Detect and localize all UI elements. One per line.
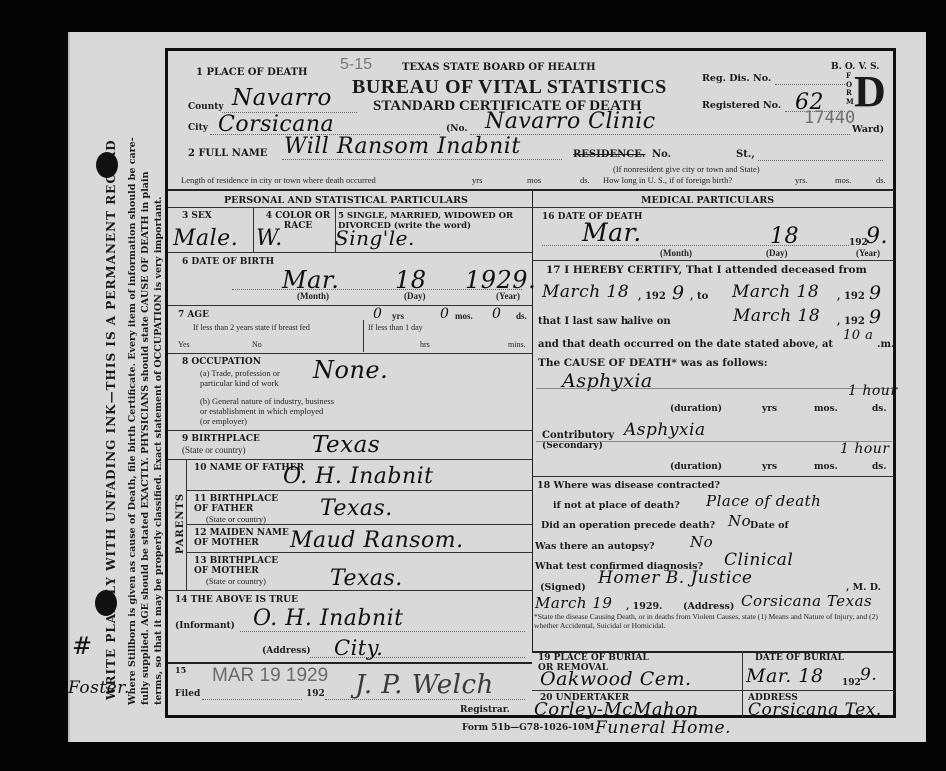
filed-number: 15 bbox=[175, 665, 186, 675]
contributory-mos-label: mos. bbox=[814, 462, 838, 472]
contributory-line bbox=[536, 441, 892, 442]
residence-yrs-label: yrs bbox=[472, 175, 482, 185]
physician-address-value: Corsicana Texas bbox=[741, 592, 872, 610]
ward-label: Ward) bbox=[852, 124, 884, 135]
above-true-label: 14 THE ABOVE IS TRUE bbox=[175, 595, 298, 605]
age-divider bbox=[363, 320, 364, 352]
burial-date-value: Mar. 18 bbox=[746, 665, 824, 687]
informant-address-label: (Address) bbox=[262, 646, 311, 656]
parents-label: PARENTS bbox=[175, 493, 186, 554]
dod-month-label: (Month) bbox=[660, 248, 692, 258]
dob-label: 6 DATE OF BIRTH bbox=[182, 257, 274, 267]
medical-title-divider bbox=[532, 207, 894, 208]
contributory-label: Contributory bbox=[542, 430, 614, 441]
physician-signature: Homer B. Justice bbox=[598, 568, 752, 588]
place-of-death-label: 1 PLACE OF DEATH bbox=[196, 67, 308, 78]
attended-to-year-prefix: , 192 bbox=[837, 291, 865, 302]
margin-note-symbol: # bbox=[72, 632, 93, 660]
date-of-label: Date of bbox=[750, 520, 789, 531]
filed-date-stamp: MAR 19 1929 bbox=[212, 665, 328, 687]
reg-dis-line bbox=[775, 84, 845, 85]
breast-fed-no-label: No bbox=[252, 340, 262, 349]
hrs-label: hrs bbox=[420, 340, 430, 349]
informant-line bbox=[240, 631, 525, 632]
burial-divider bbox=[742, 651, 743, 717]
row-divider-contracted bbox=[532, 476, 894, 477]
margin-line-4: terms, so that it may be properly classi… bbox=[153, 196, 164, 705]
pencil-note: 5-15 bbox=[340, 56, 372, 74]
mother-value: Maud Ransom. bbox=[290, 528, 464, 553]
cause-mos-label: mos. bbox=[814, 404, 838, 414]
form-vertical-label: F O R M bbox=[846, 72, 854, 106]
last-saw-date-value: March 18 bbox=[733, 306, 820, 326]
residence-ds-label: ds. bbox=[580, 175, 590, 185]
row-divider-dob bbox=[168, 252, 532, 253]
residence-st-label: St., bbox=[736, 149, 755, 160]
reg-dis-label: Reg. Dis. No. bbox=[702, 73, 771, 84]
cause-duration-label: (duration) bbox=[670, 404, 722, 414]
personal-title-divider bbox=[168, 207, 532, 208]
residence-mos-label: mos bbox=[527, 175, 541, 185]
mother-birthplace-value: Texas. bbox=[330, 566, 403, 591]
personal-section-title: PERSONAL AND STATISTICAL PARTICULARS bbox=[224, 195, 468, 206]
breast-fed-yes-label: Yes bbox=[178, 340, 190, 349]
row-divider-certify bbox=[532, 260, 894, 261]
age-label: 7 AGE bbox=[178, 310, 209, 320]
row-divider-father-bp bbox=[186, 490, 532, 491]
last-saw-text: that I last saw h bbox=[538, 316, 628, 327]
burial-place-value: Oakwood Cem. bbox=[540, 668, 692, 690]
father-value: O. H. Inabnit bbox=[283, 464, 434, 489]
dod-year-suffix: 9. bbox=[866, 224, 888, 249]
row-divider-filed bbox=[168, 662, 532, 664]
street-line bbox=[758, 160, 883, 161]
contributory-ds-label: ds. bbox=[872, 462, 887, 472]
cause-footnote: *State the disease Causing Death, or in … bbox=[534, 612, 892, 630]
occupation-value: None. bbox=[313, 356, 388, 384]
occupation-label: 8 OCCUPATION bbox=[182, 357, 261, 367]
death-time-value: 10 a bbox=[843, 328, 873, 343]
punch-hole-icon bbox=[96, 152, 118, 178]
burial-year-prefix: 192 bbox=[842, 678, 861, 688]
death-time-suffix: .m. bbox=[877, 339, 895, 350]
dod-day-label: (Day) bbox=[766, 248, 788, 258]
age-ds-label: ds. bbox=[516, 311, 527, 321]
filed-line bbox=[202, 699, 302, 700]
county-value: Navarro bbox=[232, 85, 332, 111]
city-label: City bbox=[188, 123, 208, 133]
signed-date-value: March 19 bbox=[535, 594, 612, 612]
death-occurred-text: and that death occurred on the date stat… bbox=[538, 339, 833, 350]
institution-line bbox=[470, 134, 850, 135]
certificate-stamp-number: 17440 bbox=[804, 108, 855, 128]
residence-no-label: No. bbox=[652, 149, 671, 160]
signed-label: (Signed) bbox=[540, 582, 586, 593]
row-divider-birthplace bbox=[168, 430, 532, 431]
foreign-birth-label: How long in U. S., if of foreign birth? bbox=[603, 175, 732, 185]
attended-from-year-prefix: , 192 bbox=[638, 291, 666, 302]
occupation-b-label: (b) General nature of industry, business… bbox=[200, 396, 335, 426]
margin-line-2: Where Stillborn is given as cause of Dea… bbox=[127, 137, 138, 705]
dob-day-value: 18 bbox=[395, 266, 427, 294]
cause-duration-value: 1 hour bbox=[848, 383, 898, 399]
burial-date-label: DATE OF BURIAL bbox=[755, 653, 844, 663]
county-label: County bbox=[188, 102, 224, 112]
dod-year-prefix: 192 bbox=[849, 238, 868, 248]
cause-yrs-label: yrs bbox=[762, 404, 777, 414]
contributory-duration-value: 1 hour bbox=[840, 441, 890, 457]
form-letter-m: M bbox=[846, 98, 854, 107]
undertaker-value-line2: Funeral Home. bbox=[595, 718, 731, 738]
place-contracted-value: Place of death bbox=[706, 492, 821, 510]
operation-value: No bbox=[728, 512, 751, 530]
mins-label: mins. bbox=[508, 340, 526, 349]
bureau-title: BUREAU OF VITAL STATISTICS bbox=[352, 76, 667, 99]
dod-year-label: (Year) bbox=[856, 248, 880, 258]
attended-to-year: 9 bbox=[869, 282, 882, 304]
age-yrs-value: 0 bbox=[373, 306, 382, 322]
breast-fed-label: If less than 2 years state if breast fed bbox=[193, 323, 310, 332]
age-mos-label: mos. bbox=[455, 311, 473, 321]
last-saw-text2: alive on bbox=[627, 316, 671, 327]
full-name-label: 2 FULL NAME bbox=[188, 148, 267, 159]
race-value: W. bbox=[256, 226, 283, 251]
dob-year-value: 1929. bbox=[465, 266, 536, 294]
margin-text-2: Where Stillborn is given as cause of Dea… bbox=[127, 137, 138, 705]
birthplace-label: 9 BIRTHPLACE bbox=[182, 434, 260, 444]
residence-label: RESIDENCE. bbox=[573, 149, 645, 160]
full-name-line bbox=[282, 159, 562, 160]
nonresident-note: (If nonresident give city or town and St… bbox=[613, 164, 760, 174]
contributory-yrs-label: yrs bbox=[762, 462, 777, 472]
attended-from-year: 9 bbox=[672, 282, 685, 304]
occupation-a-label: (a) Trade, profession or particular kind… bbox=[200, 368, 312, 388]
informant-label: (Informant) bbox=[175, 621, 235, 631]
age-ds-value: 0 bbox=[492, 306, 501, 322]
margin-note-text: Foster. bbox=[68, 678, 130, 698]
attended-to-value: March 18 bbox=[732, 282, 819, 302]
cause-of-death-label: The CAUSE OF DEATH* was as follows: bbox=[538, 357, 768, 369]
cause-ds-label: ds. bbox=[872, 404, 887, 414]
board-title: TEXAS STATE BOARD OF HEALTH bbox=[402, 62, 596, 73]
autopsy-label: Was there an autopsy? bbox=[535, 541, 655, 552]
row-divider-informant bbox=[168, 590, 532, 591]
row-divider-undertaker bbox=[532, 690, 894, 691]
no-label: (No. bbox=[446, 124, 467, 134]
mother-birthplace-label: 13 BIRTHPLACE OF MOTHER bbox=[194, 556, 286, 576]
attended-to-label: , to bbox=[690, 291, 708, 302]
foreign-yrs-label: yrs. bbox=[795, 175, 808, 185]
dod-day-value: 18 bbox=[770, 224, 799, 249]
foreign-ds-label: ds. bbox=[876, 175, 886, 185]
contributory-sub-label: (Secondary) bbox=[542, 441, 603, 451]
row-divider-mother bbox=[186, 524, 532, 525]
sex-value: Male. bbox=[173, 226, 238, 251]
margin-text-3: fully supplied. AGE should be stated EXA… bbox=[140, 172, 151, 705]
cause-line bbox=[536, 388, 892, 389]
registrar-label: Registrar. bbox=[460, 705, 510, 715]
attended-from-value: March 18 bbox=[542, 282, 629, 302]
form-letter-d: D bbox=[854, 72, 886, 112]
margin-text-4: terms, so that it may be properly classi… bbox=[153, 196, 164, 705]
row-divider-age bbox=[168, 305, 532, 306]
contributory-duration-label: (duration) bbox=[670, 462, 722, 472]
last-saw-year-prefix: , 192 bbox=[837, 316, 865, 327]
filed-label: Filed bbox=[175, 689, 200, 699]
dob-month-value: Mar. bbox=[282, 266, 339, 294]
margin-line-3: fully supplied. AGE should be stated EXA… bbox=[140, 172, 151, 705]
dod-month-value: Mar. bbox=[582, 218, 642, 247]
certify-text: 17 I HEREBY CERTIFY, That I attended dec… bbox=[546, 264, 867, 276]
row-divider-parents bbox=[168, 459, 532, 460]
sex-label: 3 SEX bbox=[182, 211, 212, 221]
marital-value: Sing'le. bbox=[335, 226, 415, 250]
dob-month-label: (Month) bbox=[297, 291, 329, 301]
informant-address-value: City. bbox=[334, 636, 383, 660]
birthplace-sub-label: (State or country) bbox=[182, 445, 245, 455]
mother-label: 12 MAIDEN NAME OF MOTHER bbox=[194, 528, 290, 548]
foreign-mos-label: mos. bbox=[835, 175, 851, 185]
dob-year-label: (Year) bbox=[496, 291, 520, 301]
length-residence-label: Length of residence in city or town wher… bbox=[181, 175, 376, 185]
father-birthplace-label: 11 BIRTHPLACE OF FATHER bbox=[194, 494, 284, 514]
father-birthplace-sub: (State or country) bbox=[206, 514, 266, 524]
undertaker-value: Corley-McMahon bbox=[534, 699, 699, 720]
birthplace-value: Texas bbox=[312, 432, 380, 458]
contributory-value: Asphyxia bbox=[624, 420, 706, 440]
mother-birthplace-sub: (State or country) bbox=[206, 576, 266, 586]
informant-value: O. H. Inabnit bbox=[253, 606, 404, 631]
filed-year-prefix: 192 bbox=[306, 689, 325, 699]
header-divider bbox=[168, 189, 894, 191]
physician-address-label: (Address) bbox=[683, 601, 734, 612]
diagnosis-test-value: Clinical bbox=[724, 550, 793, 570]
row-divider-mother-bp bbox=[186, 552, 532, 553]
father-birthplace-value: Texas. bbox=[320, 496, 393, 521]
full-name-value: Will Ransom Inabnit bbox=[284, 134, 521, 159]
operation-label: Did an operation precede death? bbox=[541, 520, 715, 531]
signed-year-value: , 1929. bbox=[626, 601, 662, 612]
where-contracted-label: 18 Where was disease contracted? bbox=[537, 480, 720, 491]
medical-section-title: MEDICAL PARTICULARS bbox=[641, 195, 774, 206]
autopsy-value: No bbox=[690, 533, 713, 551]
burial-year-suffix: 9. bbox=[860, 665, 877, 685]
form-number: Form 51b—G78-1026-10M bbox=[462, 723, 594, 733]
registrar-signature: J. P. Welch bbox=[355, 670, 494, 700]
last-saw-year: 9 bbox=[869, 306, 882, 328]
age-mos-value: 0 bbox=[440, 306, 449, 322]
row-divider-occupation bbox=[168, 353, 532, 354]
registered-label: Registered No. bbox=[702, 100, 781, 111]
age-yrs-label: yrs bbox=[392, 311, 404, 321]
sex-race-divider bbox=[253, 207, 254, 252]
institution-value: Navarro Clinic bbox=[485, 109, 656, 134]
dob-day-label: (Day) bbox=[404, 291, 426, 301]
if-not-place-label: if not at place of death? bbox=[553, 500, 680, 511]
undertaker-address-value: Corsicana Tex. bbox=[748, 700, 882, 720]
punch-hole-icon bbox=[95, 590, 117, 616]
less-than-day-label: If less than 1 day bbox=[368, 323, 423, 332]
